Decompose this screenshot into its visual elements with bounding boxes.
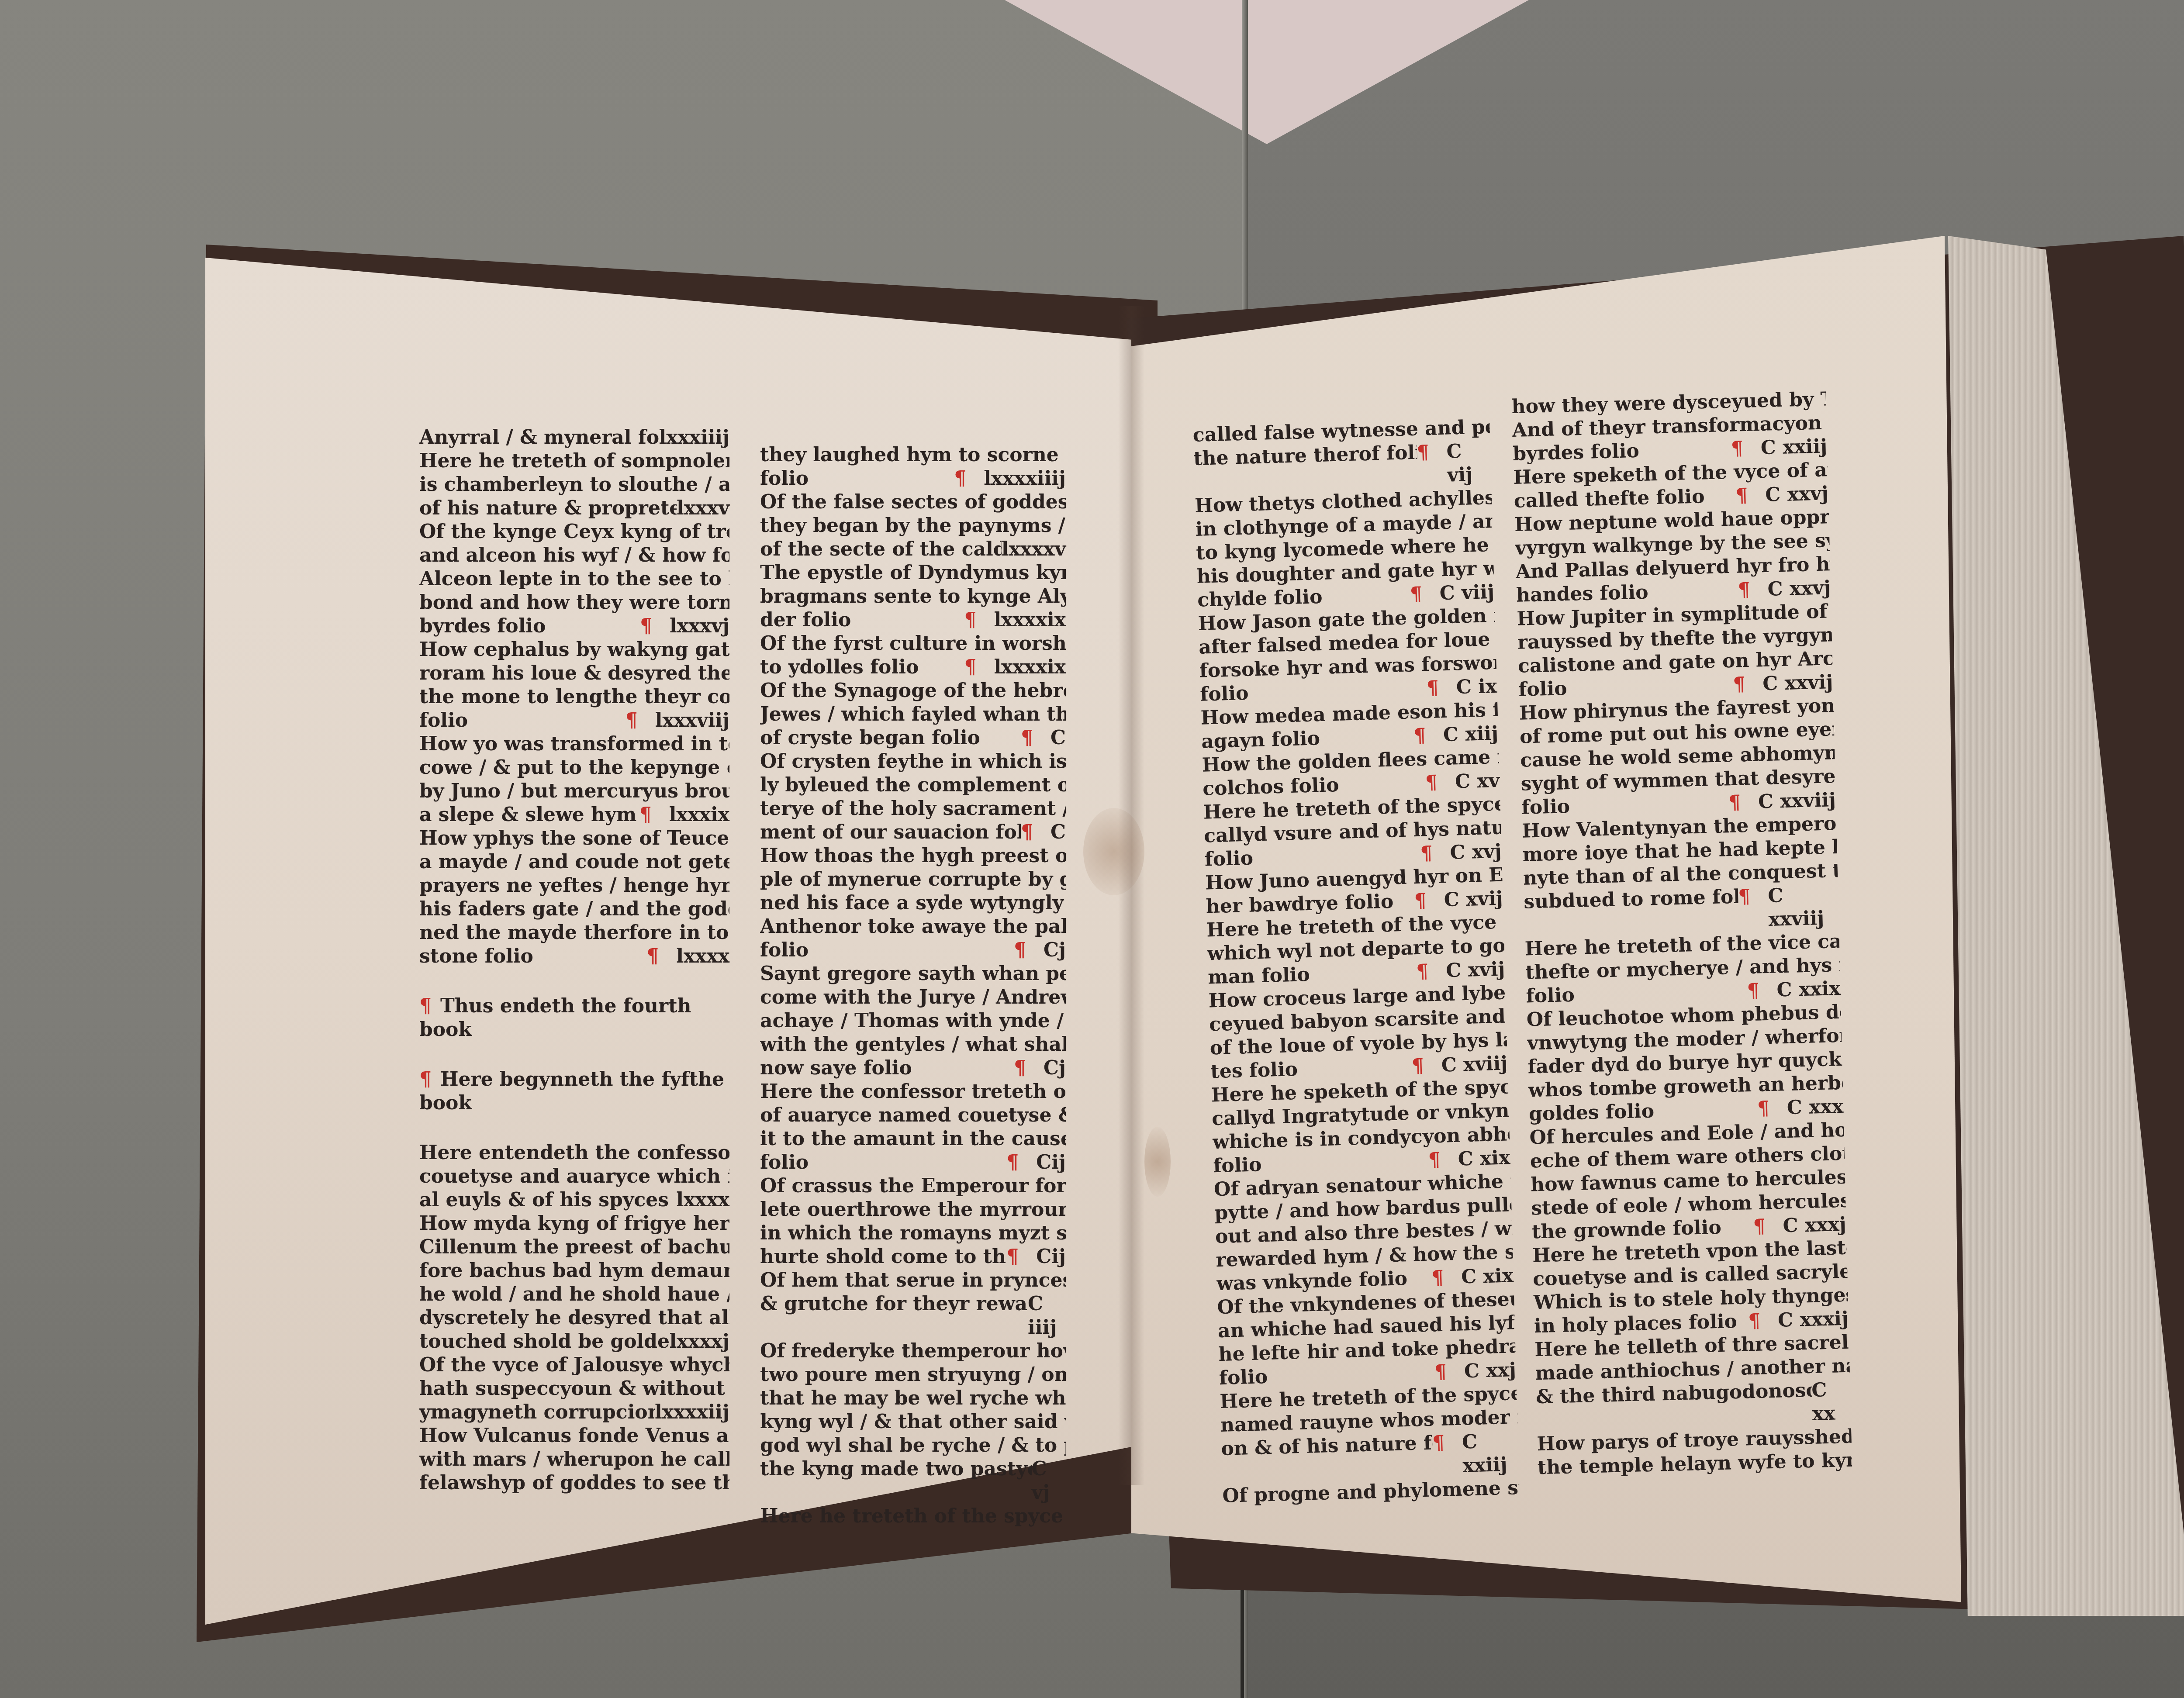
index-entry: Here he speketh of the spyce of auaricec… xyxy=(1211,1075,1510,1178)
index-entry: How Juno auengyd hyr on Ecco forher bawd… xyxy=(1205,863,1503,919)
entry-text-line: Here he treteth of the spyce that is xyxy=(760,1505,1066,1528)
folio-number: lxxxix xyxy=(669,803,729,827)
entry-text-line: How Vulcanus fonde Venus a bedde xyxy=(419,1424,729,1448)
entry-text-line: Of the vyce of Jalousye whyche euer xyxy=(419,1353,729,1377)
entry-text-line: hurte shold come to them folio xyxy=(760,1245,1006,1269)
heading-text: Thus endeth the fourth book xyxy=(419,995,691,1041)
entry-text-line: ly byleued the complement of the mys- xyxy=(760,773,1066,797)
index-entry: Of the Synagoge of the hebrewes orJewes … xyxy=(760,679,1066,750)
index-entry: Here speketh of the vyce of auarycecalle… xyxy=(1513,458,1828,513)
entry-text-line: & grutche for theyr rewarde folio xyxy=(760,1292,1028,1316)
entry-text-line: cowe / & put to the kepynge of argus xyxy=(419,756,729,780)
folio-number: C xxvj xyxy=(1767,576,1831,601)
index-entry-last-line: of the secte of the caldees follxxxxv xyxy=(760,538,1066,561)
index-entry-last-line: the nature therof folio¶C vij xyxy=(1193,439,1492,494)
right-page-column-2: how they were dysceyued by TereusAnd of … xyxy=(1511,387,1852,1480)
index-entry: Here he treteth of the spyce of auaricen… xyxy=(1220,1382,1519,1484)
entry-text-line: How cephalus by wakyng gate Au- xyxy=(419,638,729,662)
index-entry-last-line: folio¶lxxxviij xyxy=(419,709,729,732)
entry-text-line: Alceon lepte in to the see to her hus- xyxy=(419,567,729,591)
index-entry: Of hem that serue in prynces courtes& gr… xyxy=(760,1269,1066,1339)
folio-number: lxxxxiiij xyxy=(984,467,1066,490)
folio-number: C xxx xyxy=(1787,1095,1843,1120)
folio-number: C xvij xyxy=(1444,887,1503,912)
entry-text-line: ment of our sauacion folio xyxy=(760,821,1021,844)
entry-text-line: stone folio xyxy=(419,945,533,968)
index-entry-last-line: on & of his nature folio¶C xxiij xyxy=(1221,1429,1519,1484)
folio-number: lxxxx xyxy=(676,1188,729,1212)
entry-text-line: in which the romayns myzt see what xyxy=(760,1222,1066,1245)
index-entry: Of crassus the Emperour for couetyselete… xyxy=(760,1174,1066,1269)
folio-number: C xix xyxy=(1458,1146,1510,1171)
rubric-pilcrow-icon: ¶ xyxy=(1738,578,1750,602)
entry-text-line: How thoas the hygh preest of the tem xyxy=(760,844,1066,868)
index-entry: Of the kynge Ceyx kyng of trocynyeand al… xyxy=(419,520,729,638)
entry-text-line: folio xyxy=(1518,677,1567,702)
index-entry: The epystle of Dyndymus kynge ofbragmans… xyxy=(760,561,1066,632)
index-entry-last-line: folio¶lxxxxiiij xyxy=(760,467,1066,490)
folio-number: C xix xyxy=(1461,1264,1514,1289)
left-page-column-2: they laughed hym to scornefolio¶lxxxxiii… xyxy=(760,443,1066,1528)
index-entry: Anyrral / & myneral foliolxxxiiij xyxy=(419,426,729,449)
index-entry: How phirynus the fayrest yong manof rome… xyxy=(1519,694,1836,820)
rubric-pilcrow-icon: ¶ xyxy=(625,709,638,732)
entry-text-line: two poure men stryuyng / one sayenge xyxy=(760,1363,1066,1387)
entry-text-line: Of the fyrst culture in worshyppynge xyxy=(760,632,1066,656)
book-five-begin-heading: ¶Here begynneth the fyfthe book xyxy=(419,1068,729,1115)
rubric-pilcrow-icon: ¶ xyxy=(1417,441,1429,465)
index-entry: they laughed hym to scornefolio¶lxxxxiii… xyxy=(760,443,1066,490)
rubric-pilcrow-icon: ¶ xyxy=(419,995,432,1017)
index-entry: How parys of troye rauysshed outthe temp… xyxy=(1537,1425,1852,1480)
entry-text-line: folio xyxy=(760,939,809,962)
entry-text-line: fore bachus bad hym demaunde what xyxy=(419,1259,729,1283)
entry-text-line: the mone to lengthe theyr cours xyxy=(419,685,729,709)
entry-text-line: he wold / and he shold haue / & vn- xyxy=(419,1283,729,1306)
entry-text-line: How yo was transformed in to a xyxy=(419,732,729,756)
index-entry: How medea made eson his fader yongeagayn… xyxy=(1200,698,1499,754)
rubric-pilcrow-icon: ¶ xyxy=(1738,885,1751,909)
entry-text-line: man folio xyxy=(1208,963,1310,989)
index-entry-last-line: folio¶Cj xyxy=(760,939,1066,962)
folio-number: C xvj xyxy=(1450,840,1502,865)
index-entry-last-line: stone folio¶lxxxx xyxy=(419,945,729,968)
entry-text-line: of his nature & proprete folio xyxy=(419,497,677,520)
entry-text-line: Of hem that serue in prynces courtes xyxy=(760,1269,1066,1292)
entry-text-line: folio xyxy=(1219,1365,1268,1390)
index-entry: Of leuchotoe whom phebus deflouredvnwyty… xyxy=(1526,1001,1843,1126)
index-entry-last-line: byrdes folio¶lxxxvj xyxy=(419,614,729,638)
entry-text-line: hath suspeccyoun & without cause xyxy=(419,1377,729,1401)
folio-number: C xxiij xyxy=(1760,435,1827,460)
index-entry: Here he treteth vpon the laste spyce ofc… xyxy=(1532,1236,1849,1339)
entry-text-line: Of crassus the Emperour for couetyse xyxy=(760,1174,1066,1198)
index-entry: Here he treteth of the vyce of sarrazyne… xyxy=(1206,911,1505,990)
rubric-pilcrow-icon: ¶ xyxy=(1411,1054,1424,1078)
index-entry: How Jupiter in symplitude of a mayderauy… xyxy=(1517,600,1833,702)
index-entry-last-line: the kyng made two pastyes foC vj xyxy=(760,1457,1066,1505)
index-entry: How thetys clothed achylles hir sonein c… xyxy=(1195,486,1495,612)
folio-number: lxxxviij xyxy=(655,709,729,732)
folio-number: lxxxv xyxy=(677,497,729,520)
index-entry-last-line: ment of our sauacion folio¶C xyxy=(760,821,1066,844)
folio-number: lxxxxv xyxy=(1002,538,1066,561)
rubric-pilcrow-icon: ¶ xyxy=(1006,1151,1019,1174)
entry-text-line: it to the amaunt in the cause of loue xyxy=(760,1127,1066,1151)
entry-text-line: a slepe & slewe hym folio xyxy=(419,803,639,827)
entry-text-line: The epystle of Dyndymus kynge of xyxy=(760,561,1066,585)
entry-text-line: subdued to rome folio xyxy=(1524,885,1738,914)
entry-text-line: by Juno / but mercuryus brought hym xyxy=(419,780,729,803)
entry-text-line: and alceon his wyf / & how for loue xyxy=(419,544,729,567)
entry-text-line: Of the Synagoge of the hebrewes or xyxy=(760,679,1066,703)
rubric-pilcrow-icon: ¶ xyxy=(1416,959,1429,984)
folio-number: C xxxij xyxy=(1778,1307,1849,1332)
entry-text-line: couetyse and auaryce which is rote of xyxy=(419,1165,729,1188)
entry-text-line: tes folio xyxy=(1210,1058,1298,1084)
index-entry-last-line: der folio¶lxxxxix xyxy=(760,608,1066,632)
entry-text-line: Of the kynge Ceyx kyng of trocynye xyxy=(419,520,729,544)
entry-text-line: to ydolles folio xyxy=(760,656,919,679)
index-entry: Of the fyrst culture in worshyppyngeto y… xyxy=(760,632,1066,679)
entry-text-line: god wyl shal be ryche / & to preue it xyxy=(760,1434,1066,1457)
index-entry-last-line: folio¶Cij xyxy=(760,1151,1066,1174)
rubric-pilcrow-icon: ¶ xyxy=(646,945,659,968)
index-entry: Of frederyke themperour how he herdetwo … xyxy=(760,1339,1066,1505)
index-entry: How neptune wold haue oppressyd avyrgyn … xyxy=(1514,505,1831,607)
entry-text-line: agayn folio xyxy=(1201,727,1320,754)
rubric-pilcrow-icon: ¶ xyxy=(1735,484,1748,508)
folio-number: C xxvj xyxy=(1765,482,1829,507)
rubric-pilcrow-icon: ¶ xyxy=(1747,979,1759,1003)
index-entry: How yo was transformed in to acowe / & p… xyxy=(419,732,729,827)
rubric-pilcrow-icon: ¶ xyxy=(964,656,976,679)
folio-number: C xxviij xyxy=(1768,883,1839,932)
entry-text-line: byrdes folio xyxy=(419,614,546,638)
entry-text-line: chylde folio xyxy=(1197,585,1323,612)
index-entry: called false wytnesse and periurye / &th… xyxy=(1192,415,1491,494)
entry-text-line: Jewes / which fayled whan the chirche xyxy=(760,703,1066,726)
index-entry-last-line: subdued to rome folio¶C xxviij xyxy=(1524,883,1839,938)
index-entry: Of the vnkyndenes of theseus to adry-an … xyxy=(1217,1287,1517,1390)
entry-text-line: of auaryce named couetyse & sheweth xyxy=(760,1104,1066,1127)
index-entry: Of adryan senatour whiche fyl in apytte … xyxy=(1213,1170,1514,1296)
index-entry-last-line: now saye folio¶Cj xyxy=(760,1056,1066,1080)
entry-text-line: a mayde / and coude not gete hyr by xyxy=(419,850,729,874)
index-entry-last-line: touched shold be golde foliolxxxxj xyxy=(419,1330,729,1353)
entry-text-line: bond and how they were torned in to xyxy=(419,591,729,614)
page-stain xyxy=(1144,1127,1171,1197)
folio-number: C xyxy=(1051,821,1066,844)
rubric-pilcrow-icon: ¶ xyxy=(639,803,652,827)
right-page-column-1: called false wytnesse and periurye / &th… xyxy=(1192,415,1520,1508)
folio-number: C xiij xyxy=(1443,722,1498,747)
rubric-pilcrow-icon: ¶ xyxy=(1014,939,1026,962)
rubric-pilcrow-icon: ¶ xyxy=(1420,842,1433,866)
entry-text-line: folio xyxy=(1200,682,1249,707)
index-entry: Here entendeth the confessor to trete of… xyxy=(419,1141,729,1212)
folio-number: Cj xyxy=(1044,1056,1066,1080)
entry-text-line: colchos folio xyxy=(1203,773,1340,801)
rubric-pilcrow-icon: ¶ xyxy=(1014,1056,1026,1080)
entry-text-line: lete ouerthrowe the myrrour of Virgile xyxy=(760,1198,1066,1222)
entry-text-line: bragmans sente to kynge Alysaun- xyxy=(760,585,1066,608)
folio-number: C xxvij xyxy=(1762,670,1833,696)
rubric-pilcrow-icon: ¶ xyxy=(1021,726,1033,750)
entry-text-line: Anyrral / & myneral folio xyxy=(419,426,659,449)
folio-number: C ix xyxy=(1456,675,1497,700)
entry-text-line: that he may be wel ryche whome the xyxy=(760,1387,1066,1410)
folio-number: lxxxxiij xyxy=(655,1401,729,1424)
folio-number: C xyxy=(1051,726,1066,750)
index-entry: Here he treteth of sompnolence / whychei… xyxy=(419,449,729,520)
rubric-pilcrow-icon: ¶ xyxy=(1425,771,1438,795)
folio-number: C xxix xyxy=(1776,977,1841,1002)
index-entry-last-line: al euyls & of his spyces foliolxxxx xyxy=(419,1188,729,1212)
entry-text-line: goldes folio xyxy=(1529,1100,1655,1126)
index-entry-last-line: a slepe & slewe hym folio¶lxxxix xyxy=(419,803,729,827)
index-entry: how they were dysceyued by TereusAnd of … xyxy=(1511,387,1828,466)
rubric-pilcrow-icon: ¶ xyxy=(1733,673,1745,697)
entry-text-line: felawshyp of goddes to see them / and xyxy=(419,1471,729,1495)
index-entry-last-line: hurte shold come to them folio¶Cij xyxy=(760,1245,1066,1269)
entry-text-line: al euyls & of his spyces folio xyxy=(419,1188,676,1212)
entry-text-line: prayers ne yeftes / henge hym self at xyxy=(419,874,729,897)
folio-number: C xxviij xyxy=(1758,788,1836,814)
entry-text-line: they began by the paynyms / and fyrst xyxy=(760,514,1066,538)
entry-text-line: of cryste began folio xyxy=(760,726,980,750)
folio-number: C xxxj xyxy=(1783,1213,1846,1238)
folio-number: lxxxx xyxy=(676,945,729,968)
entry-text-line: of the secte of the caldees fol xyxy=(760,538,1002,561)
rubric-pilcrow-icon: ¶ xyxy=(1431,1266,1444,1290)
folio-number: lxxxxix xyxy=(994,608,1066,632)
index-entry: How croceus large and lyberalle de-ceyue… xyxy=(1208,981,1508,1084)
folio-number: C xvij xyxy=(1446,958,1505,983)
index-entry: How thoas the hygh preest of the temple … xyxy=(760,844,1066,962)
entry-text-line: ymagyneth corrupcion folio xyxy=(419,1401,655,1424)
entry-text-line: Here he treteth of sompnolence / whyche xyxy=(419,449,729,473)
folio-number: C viij xyxy=(1439,580,1495,605)
index-entry: Here he treteth of the spyce of Auarycec… xyxy=(1203,793,1502,872)
entry-text-line: come with the Jurye / Andrewe wyth xyxy=(760,986,1066,1009)
folio-number: C vij xyxy=(1446,439,1491,487)
entry-text-line: Cillenum the preest of bachus / wher- xyxy=(419,1236,729,1259)
index-entry: Of crysten feythe in which is ineffalyly… xyxy=(760,750,1066,844)
rubric-pilcrow-icon: ¶ xyxy=(1432,1431,1444,1455)
entry-text-line: ned his face a syde wytyngly whiles xyxy=(760,891,1066,915)
folio-number: C xx xyxy=(1811,1378,1851,1426)
index-entry-last-line: to ydolles folio¶lxxxxix xyxy=(760,656,1066,679)
folio-number: Cj xyxy=(1044,939,1066,962)
entry-text-line: byrdes folio xyxy=(1513,439,1640,466)
rubric-pilcrow-icon: ¶ xyxy=(419,1068,432,1091)
entry-text-line: ned the mayde therfore in to an harde xyxy=(419,921,729,945)
entry-text-line: Of crysten feythe in which is ineffaly xyxy=(760,750,1066,773)
entry-text-line: Of the false sectes of goddes / & how xyxy=(760,490,1066,514)
entry-text-line: How yphys the sone of Teucer loued xyxy=(419,827,729,850)
entry-text-line: folio xyxy=(760,1151,809,1174)
folio-number: C iiij xyxy=(1028,1292,1066,1339)
entry-text-line: folio xyxy=(1204,847,1254,872)
index-entry: How Valentynyan the emperour hadmore ioy… xyxy=(1522,812,1839,938)
folio-number: C xviij xyxy=(1441,1052,1508,1077)
entry-text-line: der folio xyxy=(760,608,851,632)
entry-text-line: with the gentyles / what shall we xyxy=(760,1033,1066,1056)
left-page-column-1: Anyrral / & myneral foliolxxxiiijHere he… xyxy=(419,426,729,1495)
rubric-pilcrow-icon: ¶ xyxy=(1428,1148,1441,1172)
index-entry: Here the confessor treteth on the spyceo… xyxy=(760,1080,1066,1174)
entry-text-line: Of frederyke themperour how he herde xyxy=(760,1339,1066,1363)
folio-number: lxxxvj xyxy=(670,614,729,638)
folio-number: Cij xyxy=(1036,1151,1066,1174)
rubric-pilcrow-icon: ¶ xyxy=(1748,1309,1761,1333)
heading-text: Here begynneth the fyfthe book xyxy=(419,1068,724,1114)
folio-number: C xxiij xyxy=(1462,1429,1519,1478)
folio-number: C vj xyxy=(1032,1457,1066,1505)
index-entry: Here he treteth of the spyce that is xyxy=(760,1505,1066,1528)
entry-text-line: Saynt gregore sayth whan peter shal xyxy=(760,962,1066,986)
entry-text-line: ple of mynerue corrupte by golde tor- xyxy=(760,868,1066,891)
book-four-end-heading: ¶Thus endeth the fourth book xyxy=(419,994,729,1042)
index-entry: How myda kyng of frigye herberowedCillen… xyxy=(419,1212,729,1353)
folio-number: lxxxxj xyxy=(669,1330,729,1353)
entry-text-line: Here entendeth the confessor to trete of xyxy=(419,1141,729,1165)
index-entry: Here he telleth of thre sacreleges / one… xyxy=(1534,1331,1851,1433)
index-entry-last-line: of cryste began folio¶C xyxy=(760,726,1066,750)
rubric-pilcrow-icon: ¶ xyxy=(1410,582,1422,606)
index-entry: Of hercules and Eole / and how thateche … xyxy=(1529,1118,1846,1244)
entry-text-line: folio xyxy=(760,467,809,490)
folio-number: C xv xyxy=(1455,769,1500,794)
entry-text-line: How myda kyng of frigye herberowed xyxy=(419,1212,729,1236)
index-entry: Here he treteth of the vice called secre… xyxy=(1524,930,1841,1008)
entry-text-line: kyng wyl / & that other said who that xyxy=(760,1410,1066,1434)
entry-text-line: folio xyxy=(1526,984,1575,1008)
rubric-pilcrow-icon: ¶ xyxy=(1753,1215,1766,1239)
entry-text-line: with mars / wherupon he called all the xyxy=(419,1448,729,1471)
index-entry-last-line: of his nature & proprete foliolxxxv xyxy=(419,497,729,520)
rubric-pilcrow-icon: ¶ xyxy=(1021,821,1033,844)
rubric-pilcrow-icon: ¶ xyxy=(1731,437,1743,461)
entry-text-line: folio xyxy=(1213,1153,1262,1178)
rubric-pilcrow-icon: ¶ xyxy=(1426,676,1439,701)
book-gutter xyxy=(1118,306,1144,1485)
index-entry-last-line: Anyrral / & myneral foliolxxxiiij xyxy=(419,426,729,449)
entry-text-line: they laughed hym to scorne xyxy=(760,443,1066,467)
rubric-pilcrow-icon: ¶ xyxy=(964,608,976,632)
index-entry-last-line: & grutche for theyr rewarde folioC iiij xyxy=(760,1292,1066,1339)
index-entry: How cephalus by wakyng gate Au-roram his… xyxy=(419,638,729,732)
entry-text-line: handes folio xyxy=(1516,580,1649,607)
index-entry: How Vulcanus fonde Venus a beddewith mar… xyxy=(419,1424,729,1495)
entry-text-line: Here the confessor treteth on the spyce xyxy=(760,1080,1066,1104)
index-entry: Of the false sectes of goddes / & howthe… xyxy=(760,490,1066,561)
entry-text-line: achaye / Thomas with ynde / & Poule xyxy=(760,1009,1066,1033)
entry-text-line: touched shold be golde folio xyxy=(419,1330,669,1353)
entry-text-line: roram his loue & desyred the sonne & xyxy=(419,662,729,685)
entry-text-line: folio xyxy=(1521,795,1570,820)
index-entry-last-line: & the third nabugodonosor foC xx xyxy=(1535,1378,1851,1433)
index-entry-last-line: ymagyneth corrupcion foliolxxxxiij xyxy=(419,1401,729,1424)
entry-text-line: dyscretely he desyred that alle that he xyxy=(419,1306,729,1330)
folio-number: lxxxxix xyxy=(994,656,1066,679)
index-entry: Saynt gregore sayth whan peter shalcome … xyxy=(760,962,1066,1080)
rubric-pilcrow-icon: ¶ xyxy=(640,614,652,638)
rubric-pilcrow-icon: ¶ xyxy=(1413,724,1426,748)
entry-text-line: folio xyxy=(419,709,468,732)
rubric-pilcrow-icon: ¶ xyxy=(1006,1245,1019,1269)
entry-text-line: the kyng made two pastyes fo xyxy=(760,1457,1032,1481)
folio-number: Cij xyxy=(1036,1245,1066,1269)
entry-text-line: now saye folio xyxy=(760,1056,912,1080)
rubric-pilcrow-icon: ¶ xyxy=(1414,889,1427,913)
page-stain xyxy=(1083,808,1144,895)
rubric-pilcrow-icon: ¶ xyxy=(954,467,966,490)
entry-text-line: Anthenor toke awaye the palladium xyxy=(760,915,1066,939)
entry-text-line: his faders gate / and the goddes tor- xyxy=(419,897,729,921)
index-entry: Of the vyce of Jalousye whyche euerhath … xyxy=(419,1353,729,1424)
rubric-pilcrow-icon: ¶ xyxy=(1757,1097,1769,1121)
folio-number: lxxxiiij xyxy=(659,426,729,449)
index-entry: How the golden flees came fyrst in tocol… xyxy=(1202,745,1500,801)
entry-text-line: is chamberleyn to slouthe / and telleth xyxy=(419,473,729,497)
index-entry: How Jason gate the golden flees andafter… xyxy=(1198,604,1497,707)
rubric-pilcrow-icon: ¶ xyxy=(1434,1360,1447,1384)
folio-number: C xxj xyxy=(1464,1358,1516,1383)
entry-text-line: terye of the holy sacrament / & funda- xyxy=(760,797,1066,821)
index-entry: How yphys the sone of Teucer loueda mayd… xyxy=(419,827,729,968)
rubric-pilcrow-icon: ¶ xyxy=(1728,790,1741,814)
